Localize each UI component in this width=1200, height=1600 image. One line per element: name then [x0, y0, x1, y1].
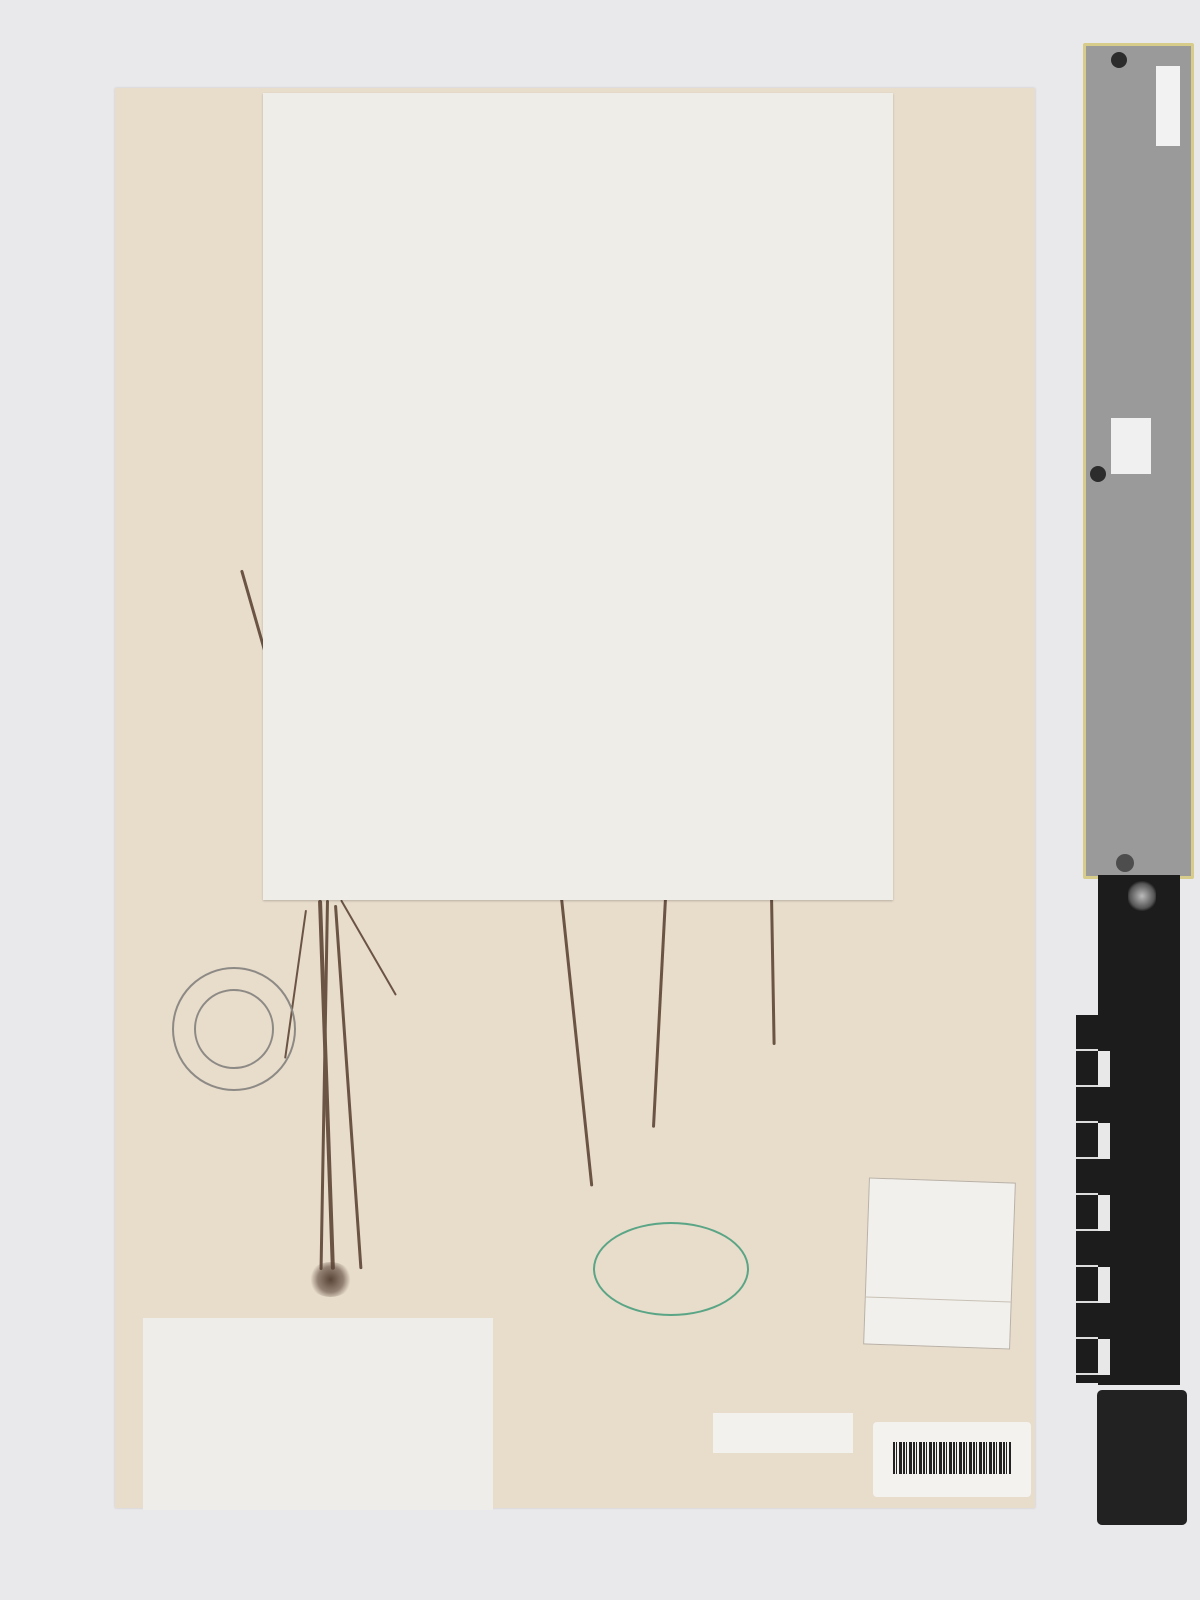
barcode-label — [873, 1422, 1031, 1497]
determination-slip — [713, 1413, 853, 1453]
scale-ticks — [1076, 1015, 1098, 1383]
density-chart — [1111, 418, 1151, 474]
roots — [308, 1262, 353, 1297]
handwritten-notes-card — [263, 93, 893, 900]
color-calibration-ruler — [1083, 43, 1194, 879]
barcode-icon — [893, 1442, 1011, 1474]
fragment-packet — [863, 1177, 1016, 1349]
scale-checker — [1098, 1015, 1110, 1383]
hole-icon — [1116, 854, 1134, 872]
royal-crest-icon — [1128, 881, 1156, 911]
hole-icon — [1111, 52, 1127, 68]
kew-scale-bar — [1098, 875, 1180, 1385]
royal-gardens-stamp — [172, 967, 296, 1091]
ruler-id-tag — [1156, 66, 1180, 146]
color-checker-card — [1097, 1390, 1187, 1525]
herbarium-label — [143, 1318, 493, 1510]
accession-stamp — [593, 1222, 749, 1316]
hole-icon — [1090, 466, 1106, 482]
